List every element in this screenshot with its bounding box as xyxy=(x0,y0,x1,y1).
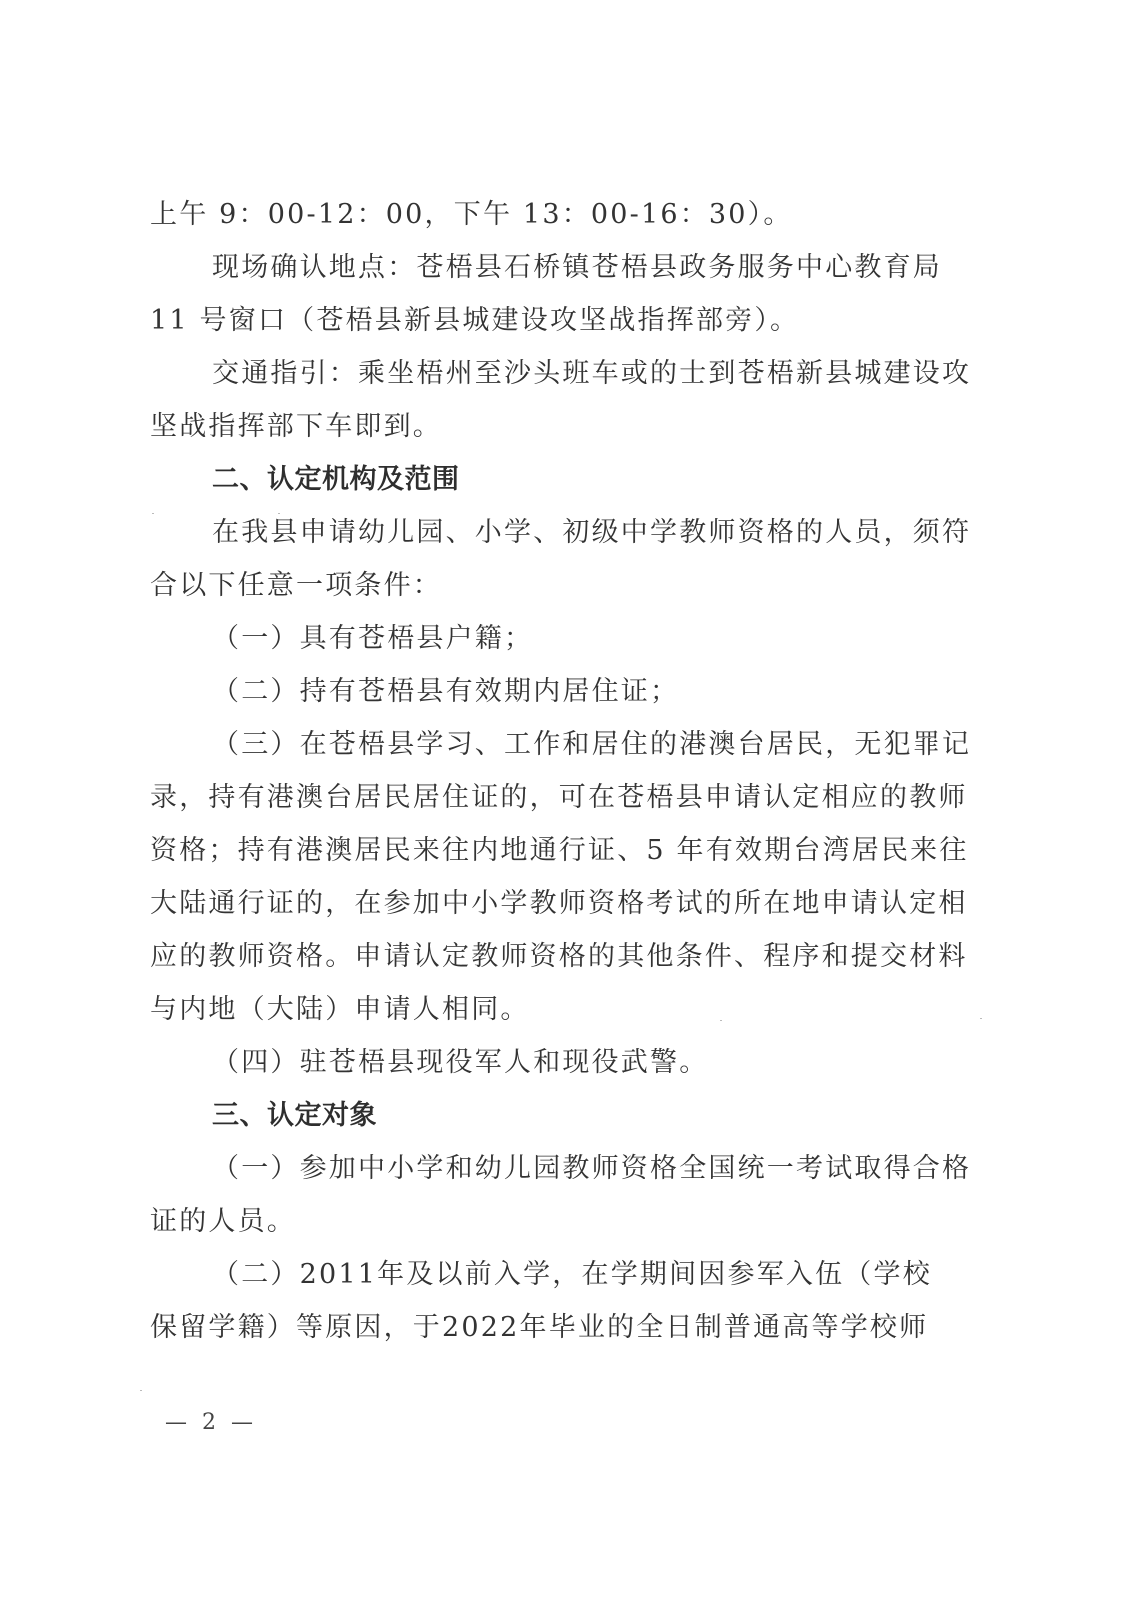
line-15: 应的教师资格。申请认定教师资格的其他条件、程序和提交材料 xyxy=(150,939,980,975)
line-16: 与内地（大陆）申请人相同。 xyxy=(150,992,980,1028)
line-13: 资格；持有港澳居民来往内地通行证、5 年有效期台湾居民来往 xyxy=(150,833,980,869)
scan-speck xyxy=(152,513,154,514)
scan-speck xyxy=(140,1390,142,1391)
list-item-3: （三）在苍梧县学习、工作和居住的港澳台居民，无犯罪记 xyxy=(212,727,1042,763)
line-7: 在我县申请幼儿园、小学、初级中学教师资格的人员，须符 xyxy=(212,515,1042,551)
section-heading-3: 三、认定对象 xyxy=(212,1098,1042,1134)
list-item-4: （四）驻苍梧县现役军人和现役武警。 xyxy=(212,1045,1042,1081)
object-item-1: （一）参加中小学和幼儿园教师资格全国统一考试取得合格 xyxy=(212,1151,1042,1187)
scan-speck xyxy=(980,1018,982,1019)
line-2: 现场确认地点：苍梧县石桥镇苍梧县政务服务中心教育局 xyxy=(212,250,1042,286)
list-item-2: （二）持有苍梧县有效期内居住证； xyxy=(212,674,1042,710)
line-5: 坚战指挥部下车即到。 xyxy=(150,409,980,445)
section-heading-2: 二、认定机构及范围 xyxy=(212,462,1042,498)
line-4: 交通指引：乘坐梧州至沙头班车或的士到苍梧新县城建设攻 xyxy=(212,356,1042,392)
line-20: 证的人员。 xyxy=(150,1204,980,1240)
line-12: 录，持有港澳台居民居住证的，可在苍梧县申请认定相应的教师 xyxy=(150,780,980,816)
object-item-2: （二）2011年及以前入学，在学期间因参军入伍（学校 xyxy=(212,1257,1042,1293)
document-page: 上午 9：00-12：00，下午 13：00-16：30）。 现场确认地点：苍梧… xyxy=(0,0,1130,1600)
page-number: — 2 — xyxy=(165,1410,257,1435)
scan-speck xyxy=(278,513,280,514)
line-8: 合以下任意一项条件： xyxy=(150,568,980,604)
line-1: 上午 9：00-12：00，下午 13：00-16：30）。 xyxy=(150,197,980,233)
line-3: 11 号窗口（苍梧县新县城建设攻坚战指挥部旁）。 xyxy=(150,303,980,339)
line-22: 保留学籍）等原因，于2022年毕业的全日制普通高等学校师 xyxy=(150,1310,980,1346)
list-item-1: （一）具有苍梧县户籍； xyxy=(212,621,1042,657)
line-14: 大陆通行证的，在参加中小学教师资格考试的所在地申请认定相 xyxy=(150,886,980,922)
scan-speck xyxy=(720,1020,722,1021)
